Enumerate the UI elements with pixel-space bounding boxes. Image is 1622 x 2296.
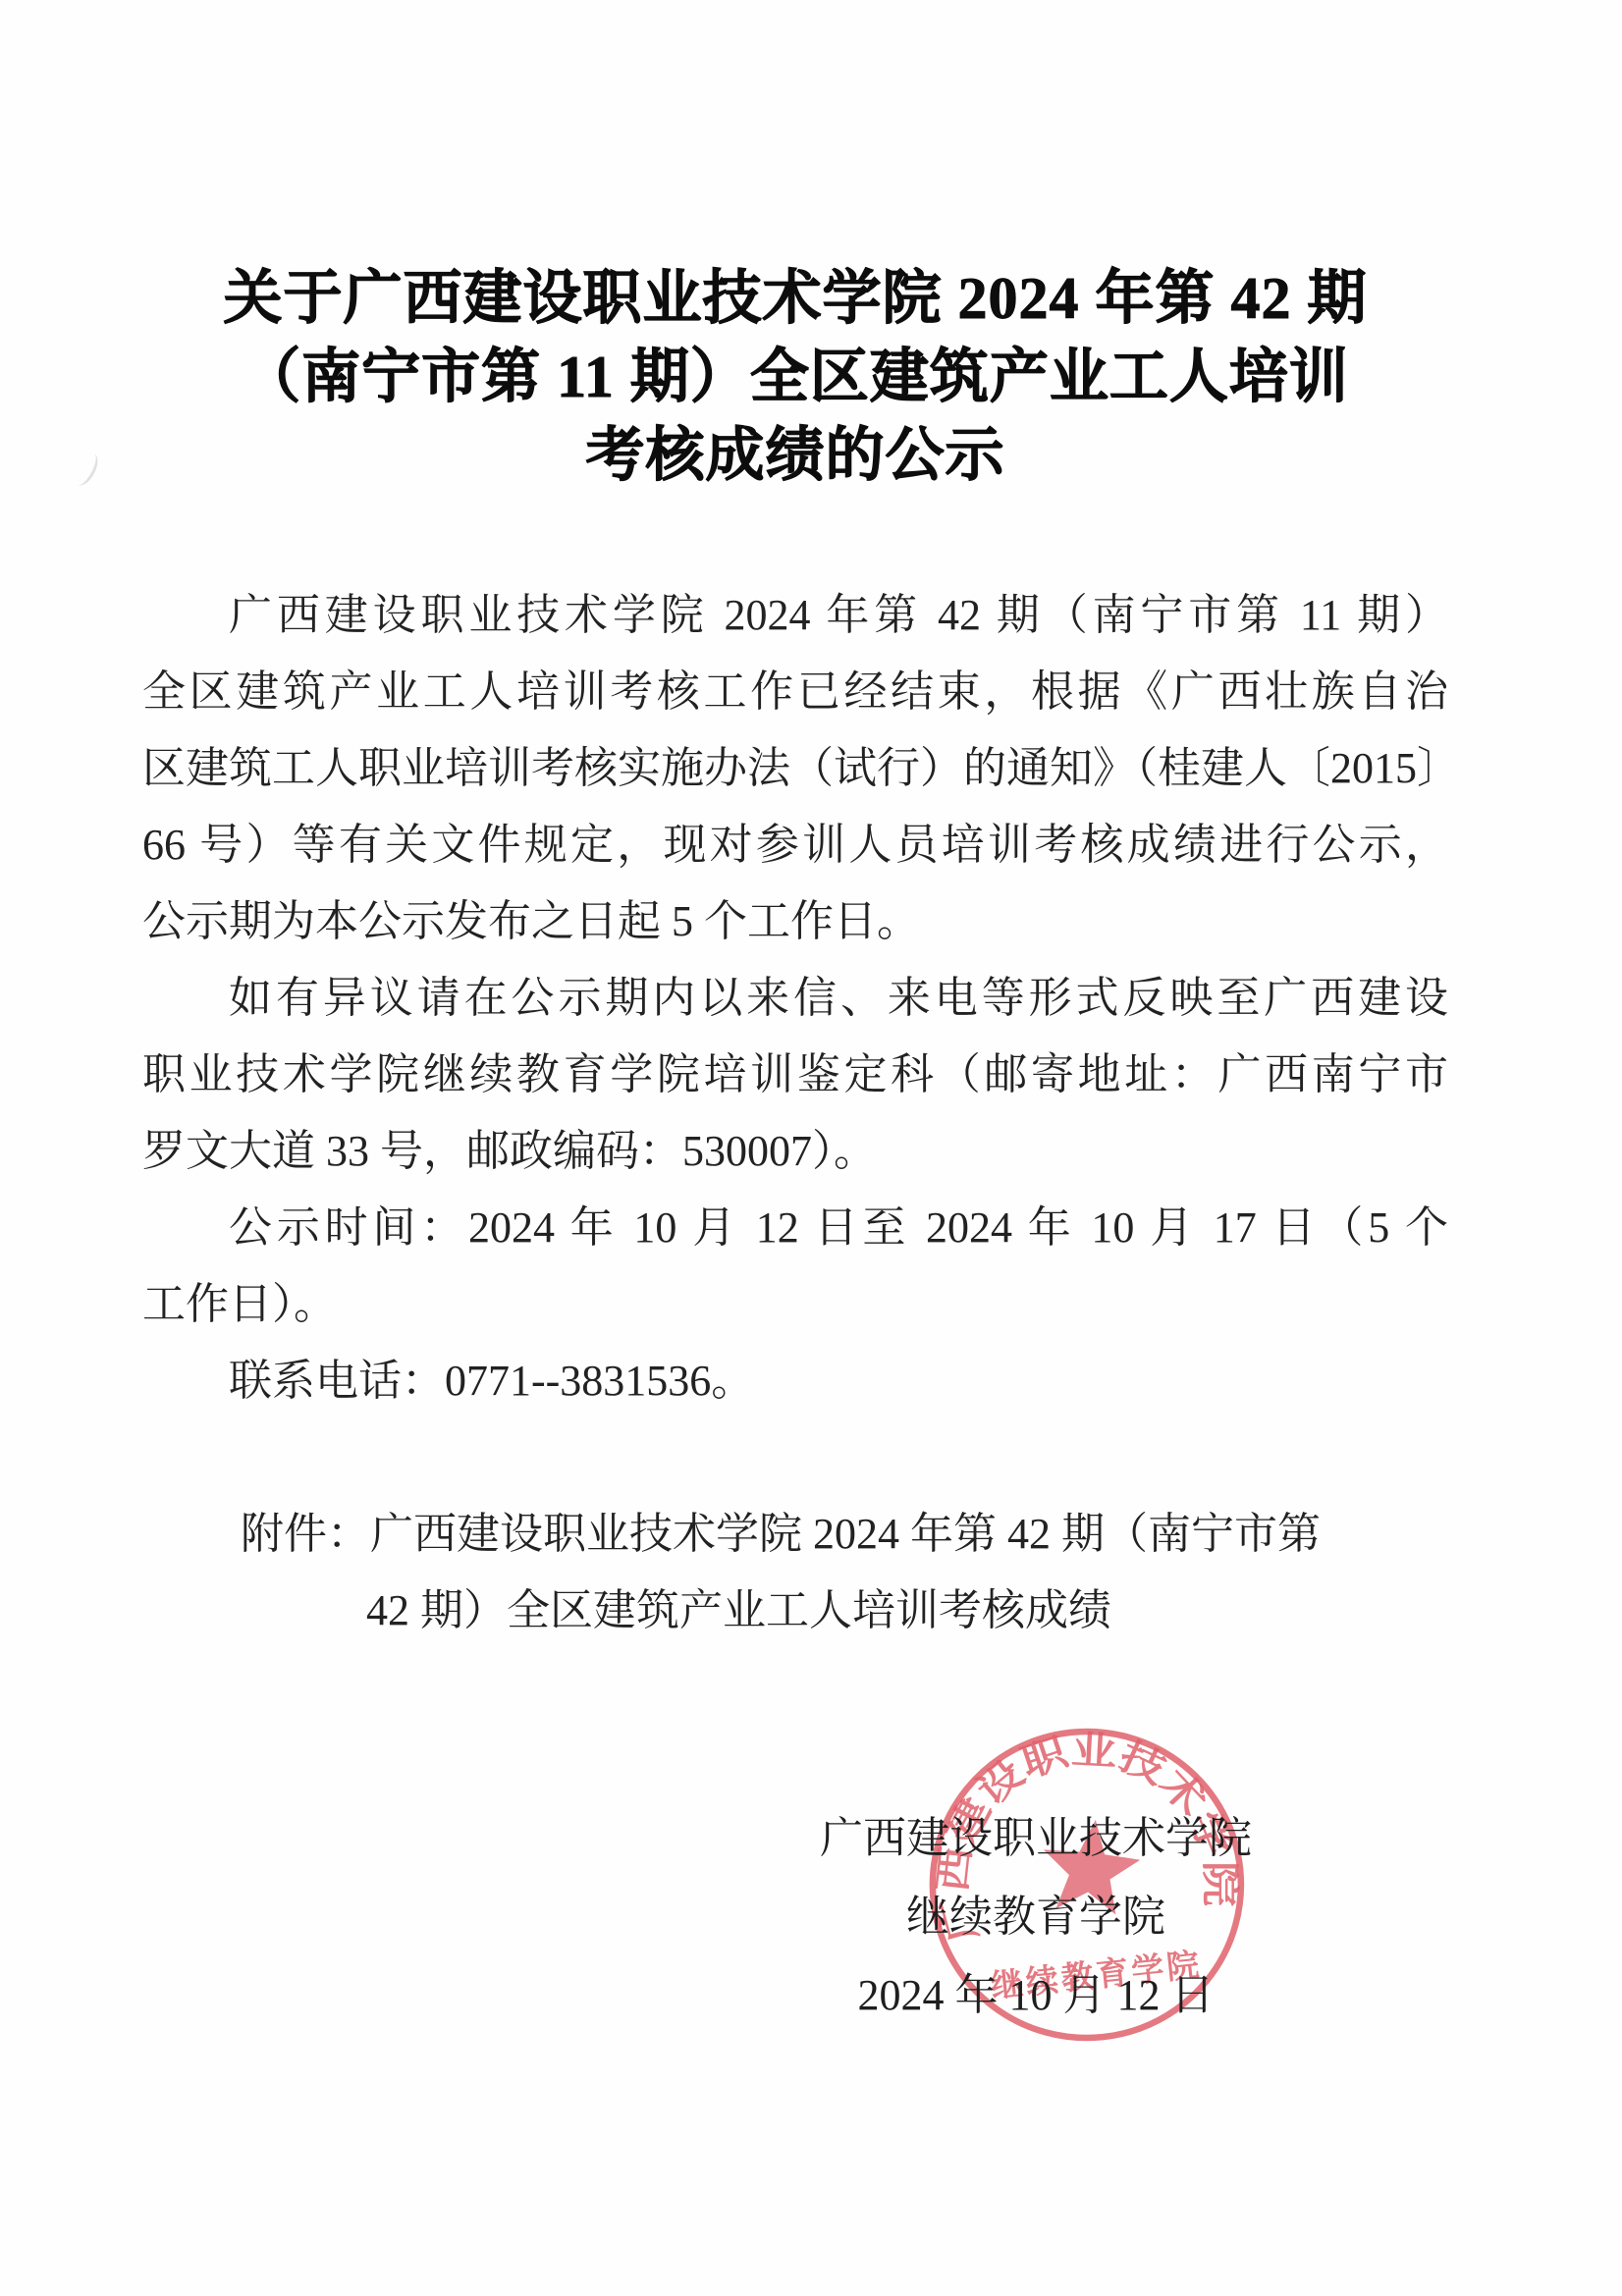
title-line-1: 关于广西建设职业技术学院 2024 年第 42 期 (142, 259, 1448, 338)
notice-body: 广西建设职业技术学院 2024 年第 42 期（南宁市第 11 期） 全区建筑产… (142, 577, 1448, 1649)
paragraph-line: 联系电话：0771--3831536。 (142, 1343, 1448, 1419)
notice-title: 关于广西建设职业技术学院 2024 年第 42 期 （南宁市第 11 期）全区建… (142, 259, 1448, 495)
signature-date: 2024 年 10 月 12 日 (692, 1956, 1379, 2035)
paragraph-line: 如有异议请在公示期内以来信、来电等形式反映至广西建设 (142, 960, 1448, 1037)
paragraph-line: 公示期为本公示发布之日起 5 个工作日。 (142, 883, 1448, 960)
attachment-line-1: 附件：广西建设职业技术学院 2024 年第 42 期（南宁市第 (142, 1496, 1448, 1573)
paragraph-line: 广西建设职业技术学院 2024 年第 42 期（南宁市第 11 期） (142, 577, 1448, 654)
title-line-3: 考核成绩的公示 (142, 416, 1448, 495)
paragraph-line: 66 号）等有关文件规定，现对参训人员培训考核成绩进行公示， (142, 807, 1448, 883)
paragraph-3: 公示时间：2024 年 10 月 12 日至 2024 年 10 月 17 日（… (142, 1190, 1448, 1343)
signature-org: 广西建设职业技术学院 (692, 1799, 1379, 1878)
paragraph-2: 如有异议请在公示期内以来信、来电等形式反映至广西建设 职业技术学院继续教育学院培… (142, 960, 1448, 1190)
document-page: 关于广西建设职业技术学院 2024 年第 42 期 （南宁市第 11 期）全区建… (0, 0, 1622, 2296)
paragraph-line: 工作日）。 (142, 1266, 1448, 1343)
paragraph-1: 广西建设职业技术学院 2024 年第 42 期（南宁市第 11 期） 全区建筑产… (142, 577, 1448, 960)
paragraph-line: 全区建筑产业工人培训考核工作已经结束，根据《广西壮族自治 (142, 654, 1448, 730)
attachment-line-2: 42 期）全区建筑产业工人培训考核成绩 (142, 1573, 1448, 1649)
paragraph-4: 联系电话：0771--3831536。 (142, 1343, 1448, 1419)
title-line-2: （南宁市第 11 期）全区建筑产业工人培训 (142, 338, 1448, 416)
attachment-section: 附件：广西建设职业技术学院 2024 年第 42 期（南宁市第 42 期）全区建… (142, 1496, 1448, 1649)
signature-block: 广西建设职业技术学院 继续教育学院 2024 年 10 月 12 日 (692, 1799, 1379, 2035)
paragraph-line: 职业技术学院继续教育学院培训鉴定科（邮寄地址：广西南宁市 (142, 1037, 1448, 1113)
paragraph-line: 罗文大道 33 号，邮政编码：530007）。 (142, 1113, 1448, 1190)
signature-dept: 继续教育学院 (692, 1878, 1379, 1956)
paragraph-line: 区建筑工人职业培训考核实施办法（试行）的通知》（桂建人〔2015〕 (142, 730, 1448, 807)
scan-artifact (70, 450, 103, 490)
paragraph-line: 公示时间：2024 年 10 月 12 日至 2024 年 10 月 17 日（… (142, 1190, 1448, 1266)
